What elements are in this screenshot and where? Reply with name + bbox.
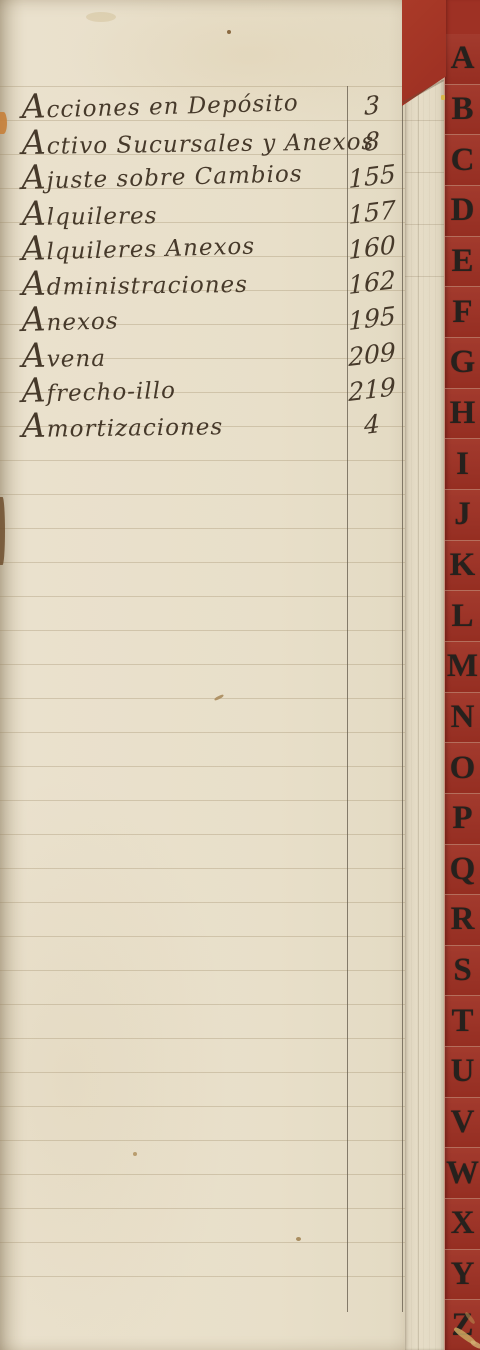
tab-letter: S <box>453 954 471 987</box>
paper-damage-spot <box>0 112 7 134</box>
index-entry: Alquileres Anexos 160 <box>0 230 405 268</box>
tab-o: O <box>445 742 480 793</box>
tab-letter: M <box>447 650 478 683</box>
tab-letter: E <box>451 245 473 278</box>
account-name: Acciones en Depósito <box>21 82 299 128</box>
tab-u: U <box>445 1046 480 1097</box>
tab-t: T <box>445 995 480 1046</box>
tab-r: R <box>445 894 480 945</box>
tab-letter: D <box>451 194 475 227</box>
tab-f: F <box>445 286 480 337</box>
tab-w: W <box>445 1147 480 1198</box>
folio-number: 162 <box>344 262 400 303</box>
tab-letter: Q <box>450 853 476 886</box>
paper-speck <box>441 95 445 100</box>
tab-l: L <box>445 590 480 641</box>
tab-letter: A <box>451 42 475 75</box>
tab-letter: B <box>451 93 473 126</box>
tab-letter: Y <box>451 1258 475 1291</box>
folio-number: 4 <box>344 404 400 445</box>
index-entry: Amortizaciones 4 <box>0 407 405 445</box>
tab-letter: F <box>452 296 472 329</box>
tab-letter: N <box>451 701 475 734</box>
folio-number: 195 <box>344 298 400 339</box>
index-entry: Avena 209 <box>0 337 405 375</box>
tab-letter: T <box>451 1005 473 1038</box>
tab-letter: U <box>451 1055 475 1088</box>
entry-list: Acciones en Depósito 3 Activo Sucursales… <box>0 0 405 460</box>
tab-letter: W <box>446 1157 479 1190</box>
tab-g: G <box>445 337 480 388</box>
tab-v: V <box>445 1097 480 1148</box>
tab-q: Q <box>445 844 480 895</box>
tab-letter: I <box>456 448 469 481</box>
folio-number: 155 <box>344 156 400 197</box>
index-entry: Afrecho-illo 219 <box>0 372 405 410</box>
tab-letter: V <box>451 1106 475 1139</box>
index-page: Acciones en Depósito 3 Activo Sucursales… <box>0 0 405 1350</box>
tab-j: J <box>445 489 480 540</box>
paper-damage-spot <box>0 497 5 565</box>
tab-letter: K <box>450 549 476 582</box>
alphabet-thumb-index: A B C D E F G H I J K L M N O P Q R S T … <box>444 0 480 1350</box>
index-entry: Acciones en Depósito 3 <box>0 88 405 126</box>
tab-letter: H <box>450 397 476 430</box>
tab-d: D <box>445 185 480 236</box>
tab-k: K <box>445 540 480 591</box>
account-name: Ajuste sobre Cambios <box>21 153 303 199</box>
tab-letter: J <box>454 498 471 531</box>
paper-speck <box>133 1152 137 1156</box>
tab-letter: X <box>451 1207 475 1240</box>
tab-e: E <box>445 236 480 287</box>
ledger-scan: Acciones en Depósito 3 Activo Sucursales… <box>0 0 480 1350</box>
tab-m: M <box>445 641 480 692</box>
tab-b: B <box>445 84 480 135</box>
tab-letter: P <box>452 802 472 835</box>
tab-letter: R <box>451 903 475 936</box>
tab-c: C <box>445 134 480 185</box>
tab-h: H <box>445 388 480 439</box>
index-entry: Administraciones 162 <box>0 265 405 303</box>
paper-speck <box>227 30 231 34</box>
index-entry: Anexos 195 <box>0 301 405 339</box>
page-edge-stack <box>405 0 444 1350</box>
tab-letter: L <box>451 600 473 633</box>
tab-n: N <box>445 692 480 743</box>
tab-y: Y <box>445 1249 480 1300</box>
paper-stain <box>86 12 116 22</box>
tab-s: S <box>445 945 480 996</box>
paper-speck <box>296 1237 301 1241</box>
tab-x: X <box>445 1198 480 1249</box>
tab-i: I <box>445 438 480 489</box>
index-entry: Ajuste sobre Cambios 155 <box>0 159 405 197</box>
tab-letter: O <box>450 752 476 785</box>
page-corner-seams <box>405 120 444 295</box>
tab-letter: G <box>450 346 476 379</box>
tab-letter: C <box>451 144 475 177</box>
account-name: Amortizaciones <box>21 406 223 447</box>
tab-p: P <box>445 793 480 844</box>
tab-a: A <box>445 34 480 84</box>
account-name: Administraciones <box>21 264 248 305</box>
